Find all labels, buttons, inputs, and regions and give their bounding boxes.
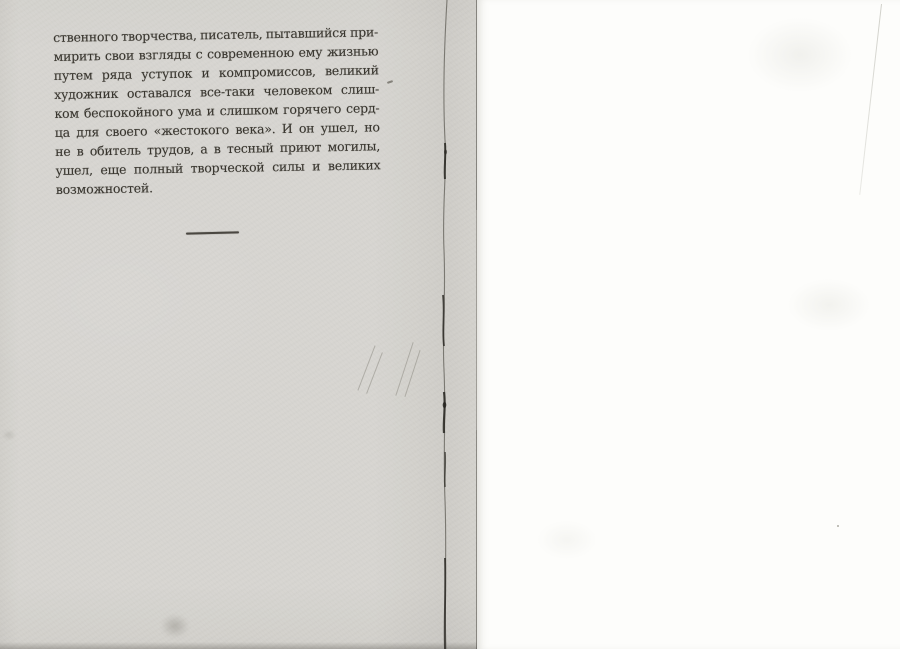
book-scan: ственноготворчества,писатель,пытавшийсяп… <box>0 0 900 649</box>
gutter-crease-graphic <box>420 0 480 649</box>
right-page <box>477 0 900 649</box>
page-bottom-edge-shadow <box>0 642 477 649</box>
ink-smudge <box>156 610 194 642</box>
paragraph-text-block: ственноготворчества,писатель,пытавшийсяп… <box>53 22 381 199</box>
paper-speck <box>837 525 839 527</box>
left-page: ственноготворчества,писатель,пытавшийсяп… <box>0 0 477 649</box>
page-edge-scratch <box>859 4 882 195</box>
paper-scuff <box>0 428 18 442</box>
